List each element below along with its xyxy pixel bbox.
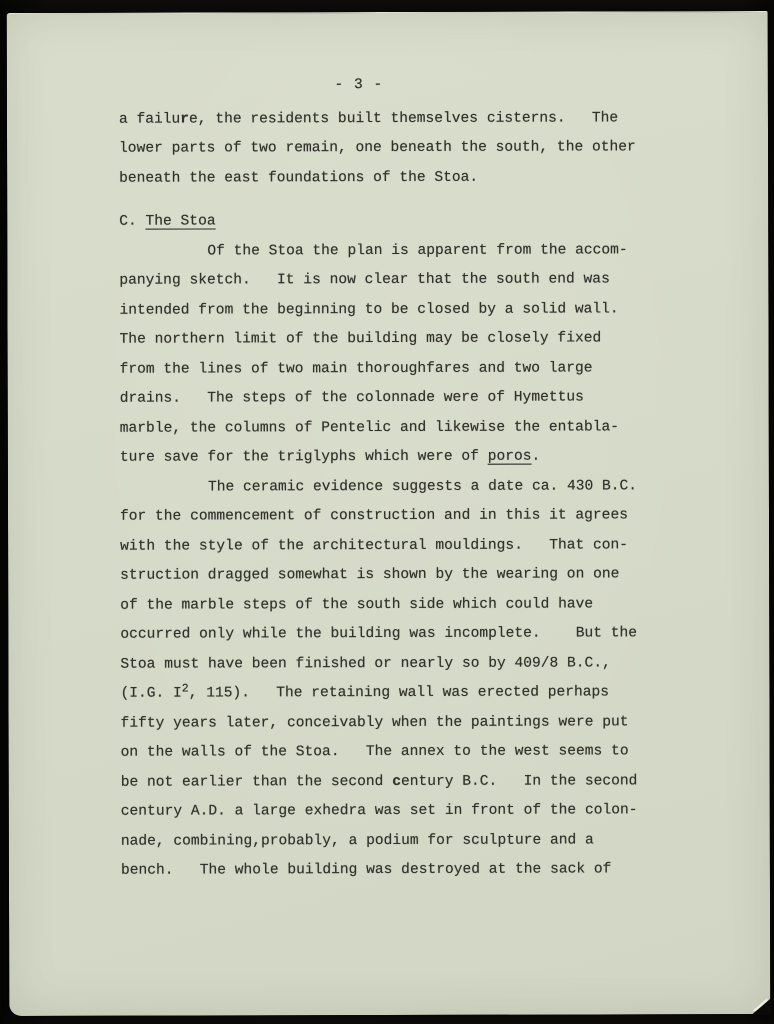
text-line: Stoa must have been finished or nearly s… [120,649,680,680]
text-line: occurred only while the building was inc… [120,619,680,650]
corner-cut [751,998,771,1015]
text-line: fifty years later, conceivably when the … [121,708,681,739]
paragraph-stoa-plan: Of the Stoa the plan is apparent from th… [119,236,680,473]
text-line: marble, the columns of Pentelic and like… [120,413,680,444]
page-number: - 3 - [119,70,599,101]
paragraph-ceramic-evidence: The ceramic evidence suggests a date ca.… [120,472,681,886]
text-line: for the commencement of construction and… [120,501,680,532]
text-line: lower parts of two remain, one beneath t… [119,133,679,164]
overstrike-letter: r [180,111,189,127]
text-line: panying sketch. It is now clear that the… [119,265,679,296]
text-line: on the walls of the Stoa. The annex to t… [121,737,681,768]
text-line: intended from the beginning to be closed… [119,295,679,326]
text-line: The ceramic evidence suggests a date ca.… [120,472,680,503]
text-line: struction dragged somewhat is shown by t… [120,560,680,591]
text-line: drains. The steps of the colonnade were … [120,383,680,414]
text-line: The northern limit of the building may b… [120,324,680,355]
section-letter: C. [119,214,145,230]
paragraph-cisterns: a failure, the residents built themselve… [119,104,679,194]
text-line: beneath the east foundations of the Stoa… [119,163,679,194]
superscript-2: 2 [182,682,189,695]
underlined-term-poros: poros [488,449,532,465]
text-line: with the style of the architectural moul… [120,531,680,562]
text-line: century A.D. a large exhedra was set in … [121,796,681,827]
text-line: from the lines of two main thoroughfares… [120,354,680,385]
text-line: Of the Stoa the plan is apparent from th… [119,236,679,267]
typewritten-text-block: - 3 - a failure, the residents built the… [119,70,681,886]
text-line: a failure, the residents built themselve… [119,104,679,135]
section-heading: C. The Stoa [119,206,679,237]
scan-background: - 3 - a failure, the residents built the… [0,0,774,1024]
overstrike-letter: c [392,773,401,789]
text-line: (I.G. I2, 115). The retaining wall was e… [120,678,680,709]
text-line: of the marble steps of the south side wh… [120,590,680,621]
text-line: ture save for the triglyphs which were o… [120,442,680,473]
section-title-underlined: The Stoa [145,213,215,229]
text-line: bench. The whole building was destroyed … [121,855,681,886]
text-line: nade, combining,probably, a podium for s… [121,826,681,857]
document-page: - 3 - a failure, the residents built the… [7,11,771,1016]
text-line: be not earlier than the second century B… [121,767,681,798]
